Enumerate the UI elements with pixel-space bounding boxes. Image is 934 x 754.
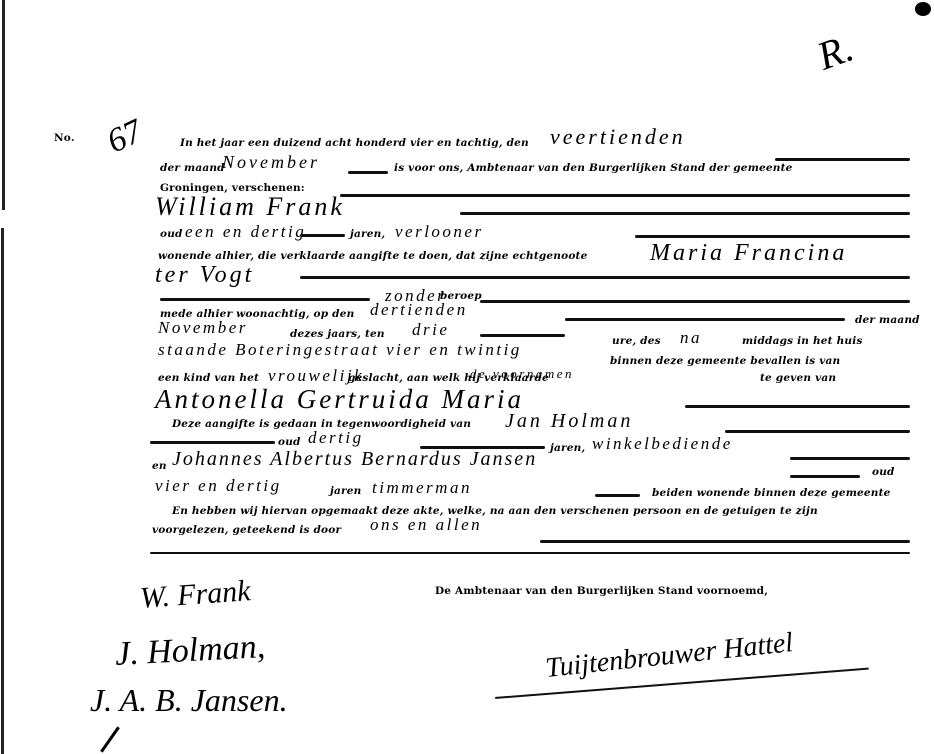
text-line-16b: oud: [872, 466, 895, 478]
text-line-5a: oud: [160, 228, 183, 240]
rule: [480, 300, 910, 303]
mother-surname: ter Vogt: [155, 262, 254, 289]
record-number: 67: [102, 113, 149, 162]
witness-1-name: Jan Holman: [505, 410, 633, 433]
text-line-19: voorgelezen, geteekend is door: [152, 524, 341, 536]
rule: [480, 334, 565, 337]
father-age: een en dertig: [185, 222, 306, 242]
text-line-16a: en: [152, 460, 167, 472]
birth-month: November: [158, 318, 248, 338]
rule: [790, 457, 910, 460]
rule: [340, 194, 910, 197]
signature-witness-1: J. Holman,: [114, 628, 266, 674]
rule: [565, 318, 845, 321]
rule: [300, 276, 910, 279]
text-line-2-hand: November: [222, 152, 320, 173]
text-line-15b: jaren,: [550, 442, 585, 454]
birth-hour: drie: [412, 320, 449, 340]
binding-edge-top: [2, 0, 5, 210]
text-line-11: binnen deze gemeente bevallen is van: [610, 355, 840, 367]
rule: [685, 405, 910, 408]
rule: [160, 298, 370, 301]
text-line-1-hand: veertienden: [550, 124, 686, 150]
witness-1-age: dertig: [308, 428, 364, 448]
witness-2-age: vier en dertig: [155, 476, 282, 496]
text-line-15a: oud: [278, 436, 301, 448]
birth-day: dertienden: [370, 300, 468, 320]
record-no-label: No.: [54, 132, 75, 144]
official-caption: De Ambtenaar van den Burgerlijken Stand …: [435, 585, 768, 597]
rule: [725, 430, 910, 433]
witness-1-occupation: winkelbediende: [592, 434, 733, 454]
father-occupation: verlooner: [395, 222, 484, 242]
text-line-12a: een kind van het: [158, 372, 259, 384]
text-line-1-print: In het jaar een duizend acht honderd vie…: [180, 137, 529, 149]
text-line-10c: middags in het huis: [742, 335, 863, 347]
given-names-phrase: de voornamen: [470, 366, 574, 382]
text-line-6: wonende alhier, die verklaarde aangifte …: [158, 250, 587, 262]
text-line-17b: beiden wonende binnen deze gemeente: [652, 487, 891, 499]
birth-address: staande Boteringestraat vier en twintig: [158, 340, 522, 360]
ink-stroke: [100, 726, 120, 752]
rule: [790, 475, 860, 478]
rule: [300, 234, 345, 237]
binding-edge-bottom: [1, 228, 4, 754]
mother-given-names: Maria Francina: [650, 240, 847, 267]
rule: [540, 540, 910, 543]
rule: [460, 212, 910, 215]
text-line-2b: is voor ons, Ambtenaar van den Burgerlij…: [394, 162, 793, 174]
text-line-17a: jaren: [330, 485, 361, 497]
page-marker: R.: [811, 24, 859, 80]
witness-2-name: Johannes Albertus Bernardus Jansen: [172, 448, 537, 471]
text-line-12c: te geven van: [760, 372, 836, 384]
father-name: William Frank: [155, 192, 345, 222]
rule: [595, 494, 640, 497]
text-line-9b: der maand: [855, 314, 920, 326]
text-line-10b: ure, des: [612, 335, 661, 347]
rule: [775, 158, 910, 161]
text-line-2a: der maand: [160, 162, 225, 174]
text-line-5b: jaren,: [350, 228, 385, 240]
witness-2-occupation: timmerman: [372, 478, 472, 498]
child-name: Antonella Gertruida Maria: [155, 384, 524, 415]
text-line-18: En hebben wij hiervan opgemaakt deze akt…: [172, 505, 818, 517]
signed-by: ons en allen: [370, 515, 482, 535]
rule: [635, 235, 910, 238]
rule: [348, 171, 388, 174]
closing-rule: [150, 552, 910, 554]
rule: [150, 441, 275, 444]
ink-blot: [915, 2, 931, 16]
signature-father: W. Frank: [139, 574, 252, 616]
birth-ampm: na: [680, 328, 702, 348]
signature-witness-2: J. A. B. Jansen.: [90, 682, 288, 719]
text-line-10a: dezes jaars, ten: [290, 328, 385, 340]
